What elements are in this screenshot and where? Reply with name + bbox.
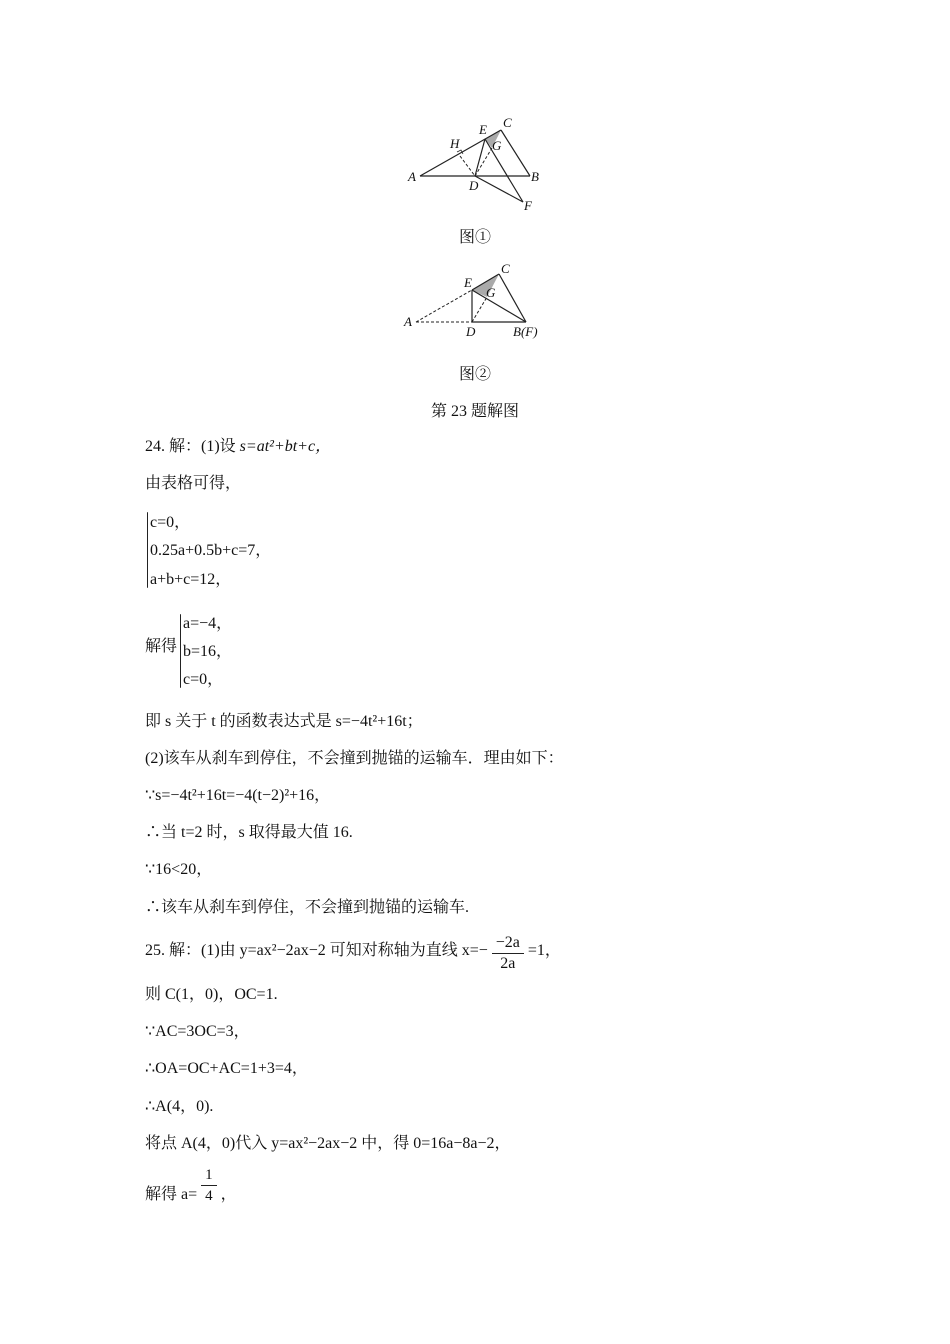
fraction: 1 4: [201, 1165, 217, 1206]
q24-line: (2)该车从刹车到停住，不会撞到抛锚的运输车．理由如下：: [145, 749, 564, 769]
svg-text:E: E: [463, 275, 472, 290]
q24-line: ∴当 t=2 时，s 取得最大值 16.: [145, 823, 353, 843]
q24-line: ∴该车从刹车到停住，不会撞到抛锚的运输车.: [145, 898, 469, 918]
equation-line: b=16，: [183, 642, 232, 662]
q25-line: ∴OA=OC+AC=1+3=4，: [145, 1059, 308, 1079]
q25-line: 解得 a= 1 4 ，: [145, 1165, 237, 1206]
svg-text:F: F: [523, 198, 533, 213]
solve-label: 解得: [145, 637, 177, 657]
svg-text:A: A: [407, 169, 416, 184]
figure-2-caption: 图②: [0, 361, 950, 384]
q25-line: 则 C(1，0)，OC=1.: [145, 985, 278, 1005]
svg-text:E: E: [478, 122, 487, 137]
svg-text:C: C: [501, 261, 510, 276]
q25-heading: 25. 解：(1)由 y=ax²−2ax−2 可知对称轴为直线 x=− −2a …: [145, 933, 561, 974]
q24-heading: 24. 解：(1)设 s=at²+bt+c，: [145, 437, 331, 457]
q25-line: 将点 A(4，0)代入 y=ax²−2ax−2 中，得 0=16a−8a−2，: [145, 1134, 511, 1154]
svg-text:G: G: [492, 138, 502, 153]
fraction: −2a 2a: [492, 933, 524, 974]
svg-text:G: G: [486, 285, 496, 300]
svg-text:C: C: [503, 115, 512, 130]
equation-line: 0.25a+0.5b+c=7，: [150, 541, 271, 561]
equation-line: c=0，: [150, 513, 190, 533]
figure-2-diagram: A B(F) C D E G: [400, 255, 560, 345]
q24-line: 即 s 关于 t 的函数表达式是 s=−4t²+16t；: [145, 712, 423, 732]
q25-line: ∴A(4，0).: [145, 1097, 213, 1117]
svg-text:D: D: [468, 178, 479, 193]
equation-line: c=0，: [183, 670, 223, 690]
figure-1-caption: 图①: [0, 224, 950, 247]
q24-line: ∵s=−4t²+16t=−4(t−2)²+16，: [145, 786, 330, 806]
svg-text:A: A: [403, 314, 412, 329]
equation-brace: [147, 512, 148, 588]
svg-text:B: B: [531, 169, 539, 184]
equation-brace: [180, 614, 181, 688]
svg-text:B(F): B(F): [513, 324, 538, 339]
svg-text:H: H: [449, 136, 460, 151]
svg-text:D: D: [465, 324, 476, 339]
figure-1-diagram: A B C D E F G H: [400, 110, 560, 220]
equation-line: a+b+c=12，: [150, 570, 231, 590]
equation-line: a=−4，: [183, 614, 232, 634]
q24-line: ∵16<20，: [145, 860, 212, 880]
q25-line: ∵AC=3OC=3，: [145, 1022, 250, 1042]
q24-line: 由表格可得，: [145, 474, 241, 494]
figure-group-caption: 第 23 题解图: [0, 398, 950, 421]
